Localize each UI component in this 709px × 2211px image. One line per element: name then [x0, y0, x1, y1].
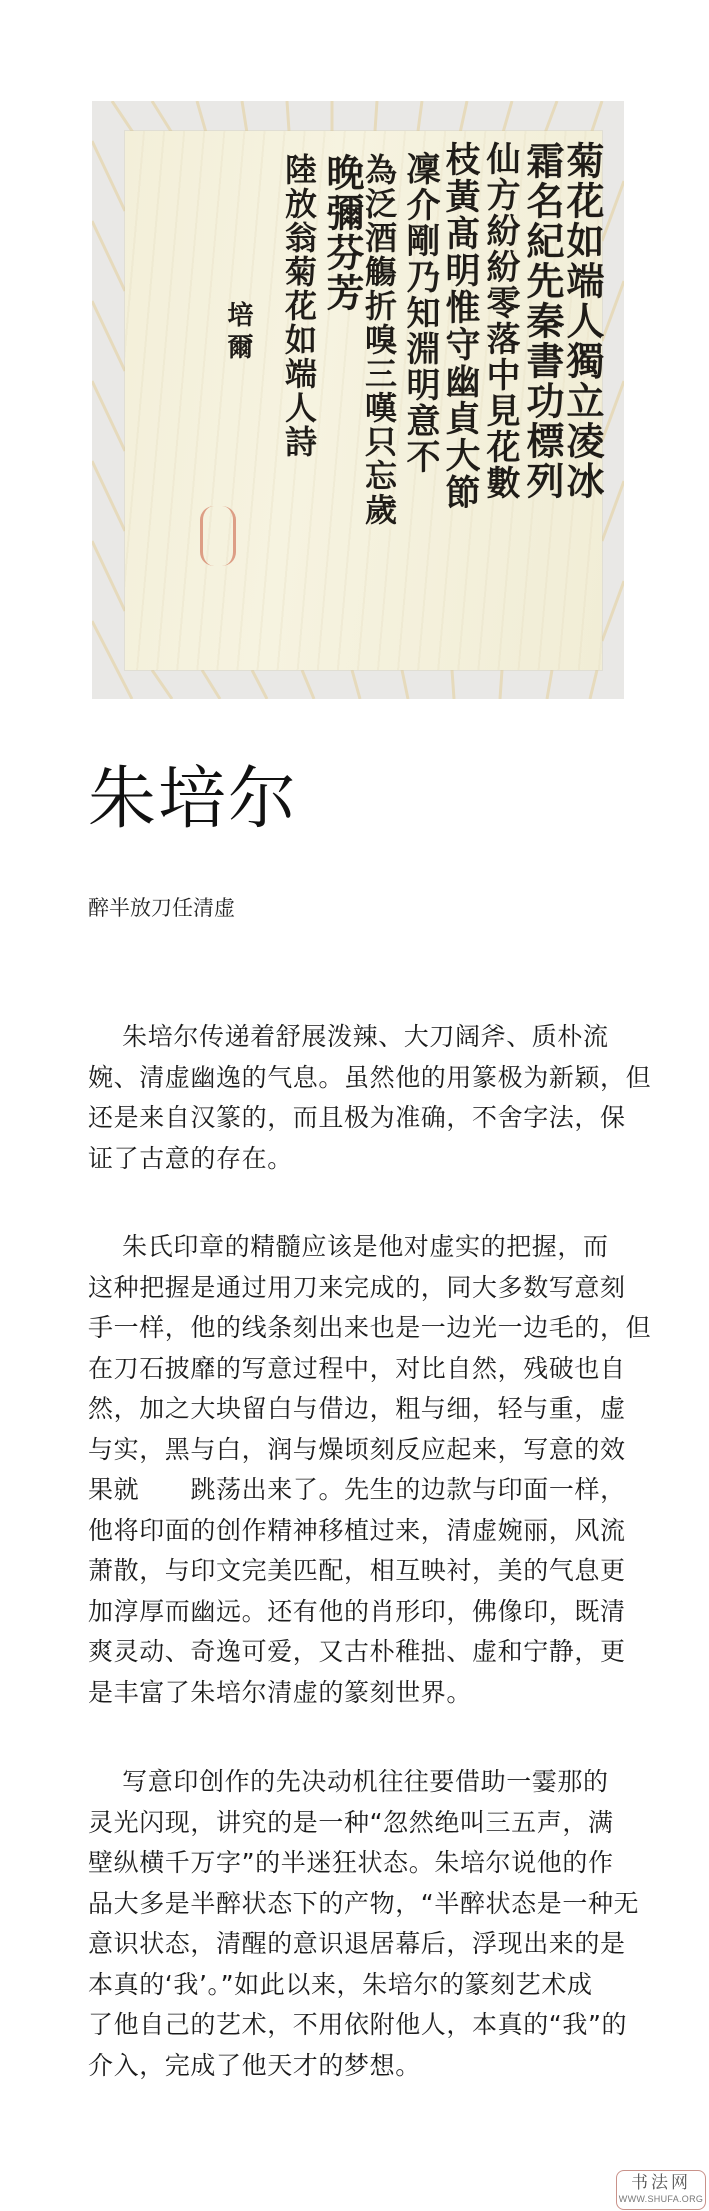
page-subtitle: 醉半放刀任清虚 [88, 898, 235, 919]
text-line: 品大多是半醉状态下的产物，“半醉状态是一种无 [88, 1888, 648, 1929]
text-line: 婉、清虚幽逸的气息。虽然他的用篆极为新颖，但 [88, 1062, 648, 1103]
calligraphy-paper: 菊花如端人獨立凌冰 霜名紀先秦書功標列 仙方紛紛零落中見花數 枝黃髙明惟守幽貞大… [125, 131, 602, 670]
text-line: 然，加之大块留白与借边，粗与细，轻与重，虚 [88, 1393, 648, 1434]
calligraphy-column: 陸放翁菊花如端人詩 [283, 153, 315, 459]
text-line: 萧散，与印文完美匹配，相互映衬，美的气息更 [88, 1555, 648, 1596]
calligraphy-column: 仙方紛紛零落中見花數 [483, 141, 517, 501]
text-line: 壁纵横千万字”的半迷狂状态。朱培尔说他的作 [88, 1847, 648, 1888]
article-paragraph-2: 朱氏印章的精髓应该是他对虚实的把握，而 这种把握是通过用刀来完成的，同大多数写意… [88, 1231, 648, 1717]
red-seal-stamp [200, 506, 236, 566]
text-line: 灵光闪现，讲究的是一种“忽然绝叫三五声，满 [88, 1807, 648, 1848]
calligraphy-column: 枝黃髙明惟守幽貞大節 [443, 141, 478, 511]
site-watermark: 书法网 WWW.SHUFA.ORG [616, 2170, 706, 2210]
watermark-url: WWW.SHUFA.ORG [617, 2193, 705, 2205]
text-line: 加淳厚而幽远。还有他的肖形印，佛像印，既清 [88, 1596, 648, 1637]
calligraphy-signature: 培爾 [225, 301, 251, 365]
text-line: 与实，黑与白，润与燥顷刻反应起来，写意的效 [88, 1434, 648, 1475]
text-line: 了他自己的艺术，不用依附他人，本真的“我”的 [88, 2009, 648, 2050]
watermark-name: 书法网 [617, 2173, 705, 2193]
text-line: 证了古意的存在。 [88, 1143, 648, 1184]
calligraphy-text: 菊花如端人獨立凌冰 霜名紀先秦書功標列 仙方紛紛零落中見花數 枝黃髙明惟守幽貞大… [125, 131, 602, 670]
text-line: 在刀石披靡的写意过程中，对比自然，残破也自 [88, 1353, 648, 1394]
text-line: 朱培尔传递着舒展泼辣、大刀阔斧、质朴流 [88, 1021, 648, 1062]
text-line: 爽灵动、奇逸可爱，又古朴稚拙、虚和宁静，更 [88, 1636, 648, 1677]
calligraphy-column: 晚彌芬芳 [323, 153, 361, 313]
text-line: 手一样，他的线条刻出来也是一边光一边毛的，但 [88, 1312, 648, 1353]
article-paragraph-3: 写意印创作的先决动机往往要借助一霎那的 灵光闪现，讲究的是一种“忽然绝叫三五声，… [88, 1766, 648, 2090]
calligraphy-column: 為泛酒觴折嗅三嘆只忘歲 [363, 153, 395, 527]
article-paragraph-1: 朱培尔传递着舒展泼辣、大刀阔斧、质朴流 婉、清虚幽逸的气息。虽然他的用篆极为新颖… [88, 1021, 648, 1183]
text-line: 他将印面的创作精神移植过来，清虚婉丽，风流 [88, 1515, 648, 1556]
text-line: 是丰富了朱培尔清虚的篆刻世界。 [88, 1677, 648, 1718]
calligraphy-fan-image: 菊花如端人獨立凌冰 霜名紀先秦書功標列 仙方紛紛零落中見花數 枝黃髙明惟守幽貞大… [92, 101, 624, 699]
text-line: 果就 跳荡出来了。先生的边款与印面一样， [88, 1474, 648, 1515]
calligraphy-column: 凜介剛乃知淵明意不 [403, 151, 437, 475]
calligraphy-column: 霜名紀先秦書功標列 [523, 141, 561, 501]
text-line: 写意印创作的先决动机往往要借助一霎那的 [88, 1766, 648, 1807]
text-line: 朱氏印章的精髓应该是他对虚实的把握，而 [88, 1231, 648, 1272]
text-line: 还是来自汉篆的，而且极为准确，不舍字法，保 [88, 1102, 648, 1143]
text-line: 意识状态，清醒的意识退居幕后，浮现出来的是 [88, 1928, 648, 1969]
page-title: 朱培尔 [88, 766, 298, 834]
text-line: 介入，完成了他天才的梦想。 [88, 2050, 648, 2091]
text-line: 本真的‘我’。”如此以来，朱培尔的篆刻艺术成 [88, 1969, 648, 2010]
text-line: 这种把握是通过用刀来完成的，同大多数写意刻 [88, 1272, 648, 1313]
calligraphy-column: 菊花如端人獨立凌冰 [563, 141, 601, 501]
